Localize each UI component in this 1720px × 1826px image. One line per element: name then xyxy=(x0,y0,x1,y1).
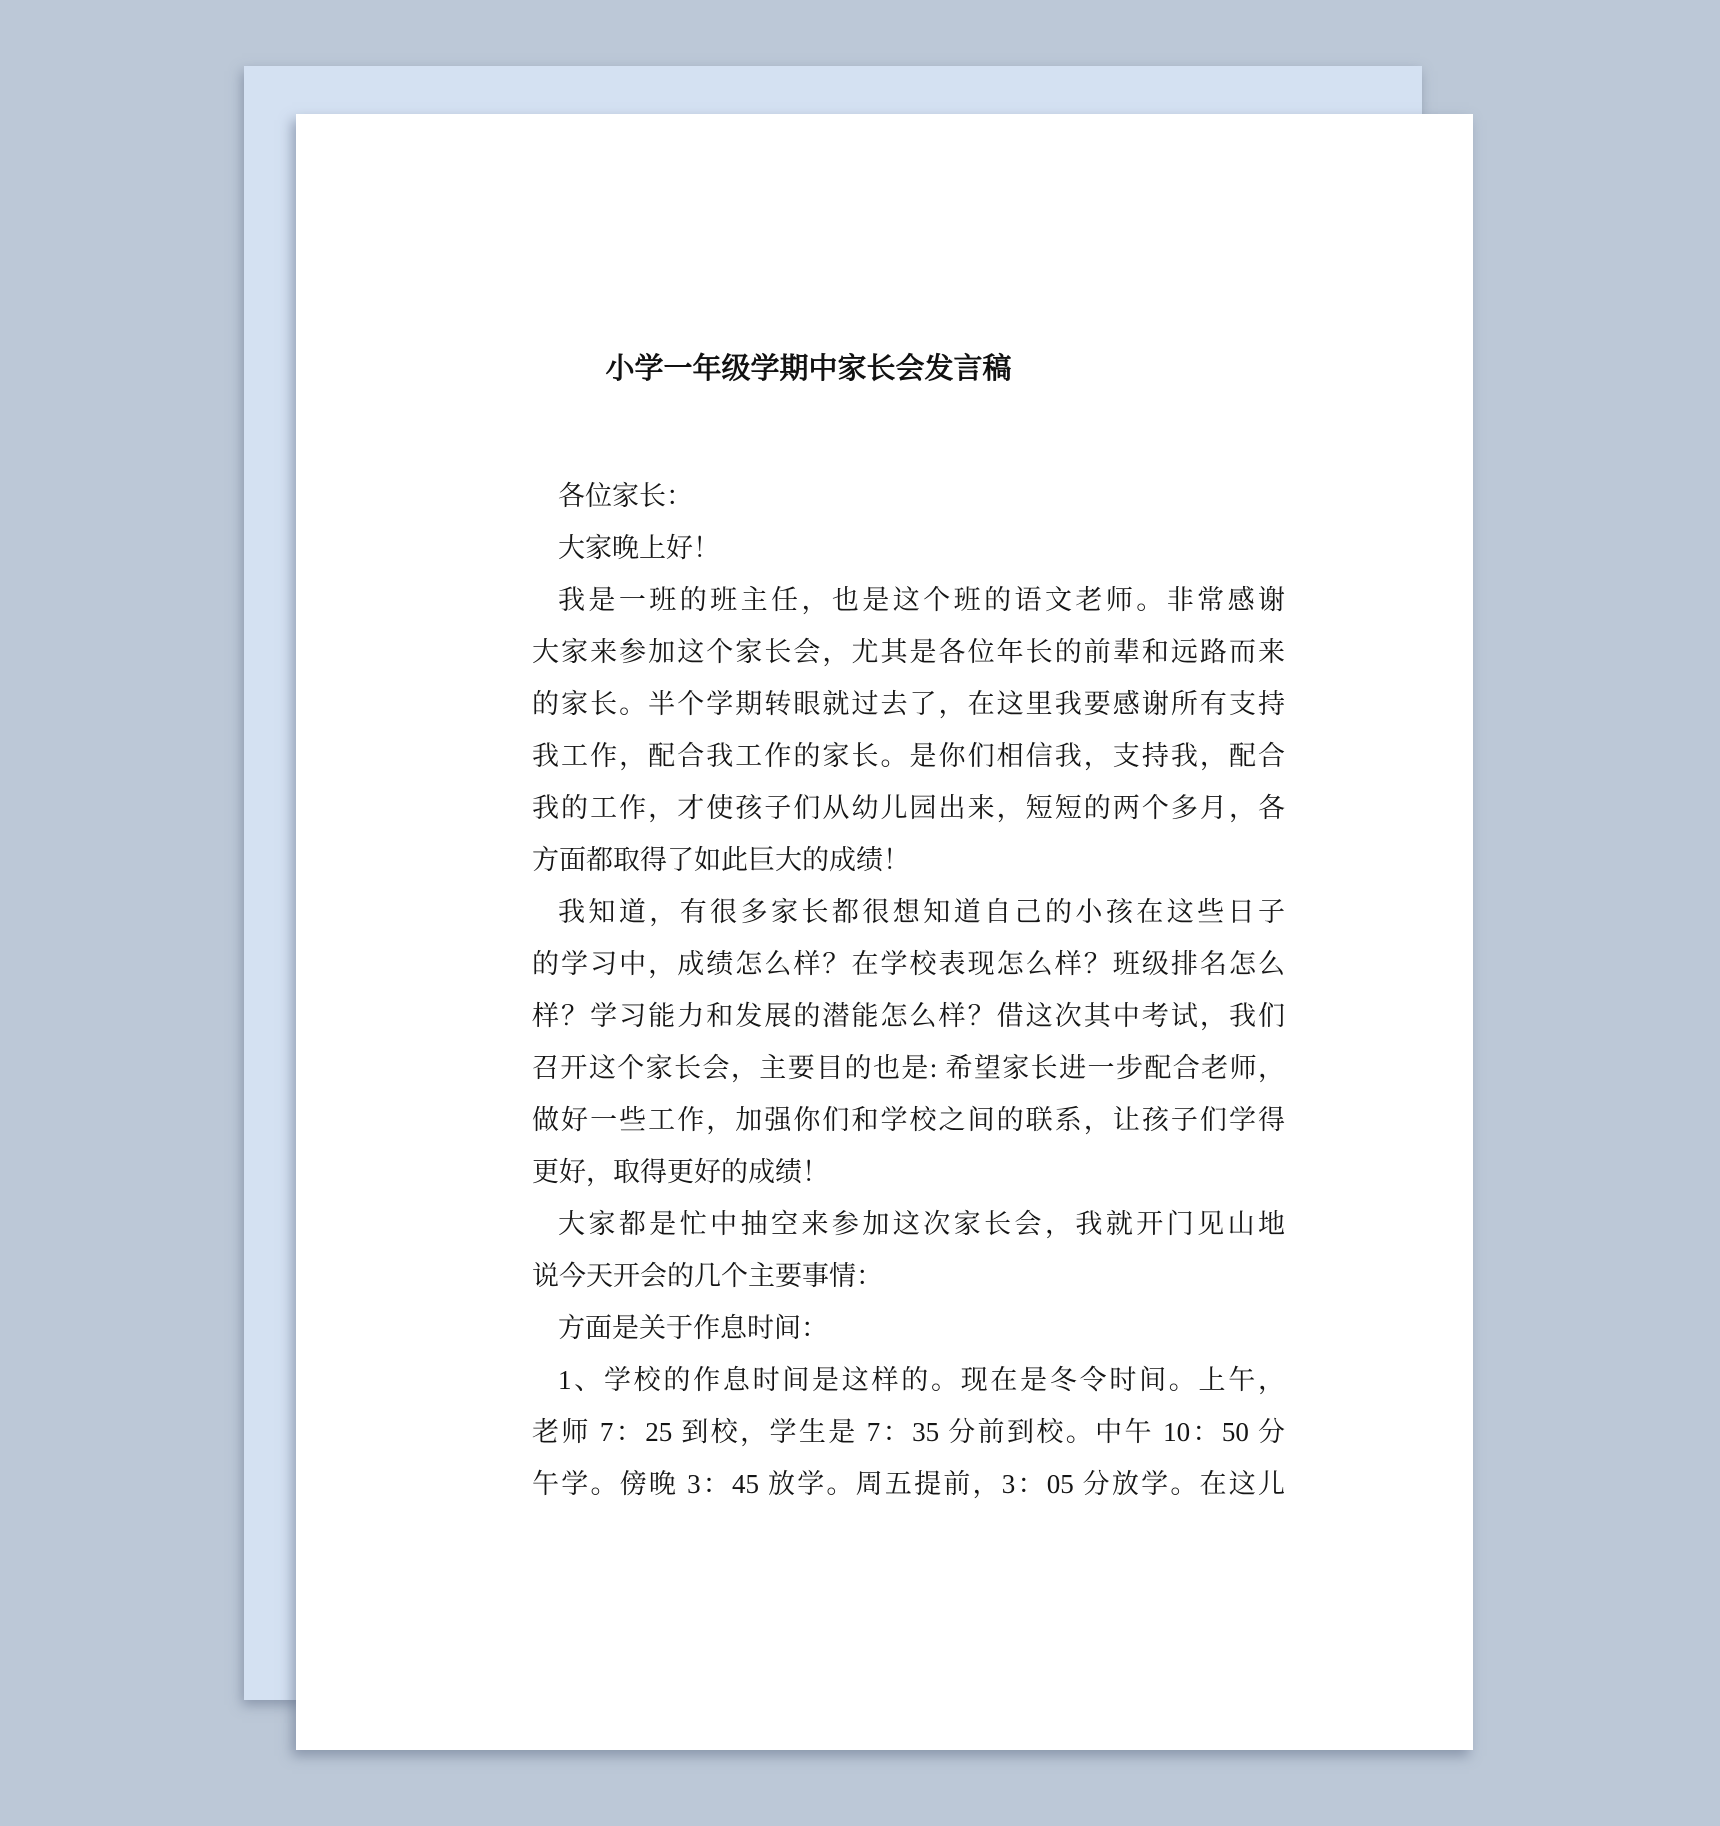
text-line: 的学习中，成绩怎么样？在学校表现怎么样？班级排名怎么 xyxy=(532,938,1285,990)
text-line: 1、学校的作息时间是这样的。现在是冬令时间。上午， xyxy=(532,1354,1285,1406)
text-line: 召开这个家长会，主要目的也是: 希望家长进一步配合老师， xyxy=(532,1042,1285,1094)
text-line: 方面是关于作息时间： xyxy=(532,1302,1285,1354)
text-line: 的家长。半个学期转眼就过去了，在这里我要感谢所有支持 xyxy=(532,678,1285,730)
paragraph: 大家都是忙中抽空来参加这次家长会，我就开门见山地说今天开会的几个主要事情： xyxy=(532,1198,1285,1302)
text-line: 更好，取得更好的成绩！ xyxy=(532,1146,1285,1198)
paragraph: 我知道，有很多家长都很想知道自己的小孩在这些日子的学习中，成绩怎么样？在学校表现… xyxy=(532,886,1285,1198)
paragraph: 1、学校的作息时间是这样的。现在是冬令时间。上午，老师 7：25 到校，学生是 … xyxy=(532,1354,1285,1510)
paragraph: 大家晚上好！ xyxy=(532,522,1285,574)
document-body: 各位家长：大家晚上好！我是一班的班主任，也是这个班的语文老师。非常感谢大家来参加… xyxy=(532,470,1285,1510)
text-line: 大家来参加这个家长会，尤其是各位年长的前辈和远路而来 xyxy=(532,626,1285,678)
text-line: 老师 7：25 到校，学生是 7：35 分前到校。中午 10：50 分 xyxy=(532,1406,1285,1458)
text-line: 说今天开会的几个主要事情： xyxy=(532,1250,1285,1302)
document-page: 小学一年级学期中家长会发言稿 各位家长：大家晚上好！我是一班的班主任，也是这个班… xyxy=(296,114,1473,1750)
text-line: 我的工作，才使孩子们从幼儿园出来，短短的两个多月，各 xyxy=(532,782,1285,834)
text-line: 各位家长： xyxy=(532,470,1285,522)
paragraph: 各位家长： xyxy=(532,470,1285,522)
text-line: 做好一些工作，加强你们和学校之间的联系，让孩子们学得 xyxy=(532,1094,1285,1146)
text-line: 大家都是忙中抽空来参加这次家长会，我就开门见山地 xyxy=(532,1198,1285,1250)
text-line: 我是一班的班主任，也是这个班的语文老师。非常感谢 xyxy=(532,574,1285,626)
desk-background: 小学一年级学期中家长会发言稿 各位家长：大家晚上好！我是一班的班主任，也是这个班… xyxy=(0,0,1720,1826)
text-line: 午学。傍晚 3：45 放学。周五提前，3：05 分放学。在这儿 xyxy=(532,1458,1285,1510)
text-line: 我工作，配合我工作的家长。是你们相信我，支持我，配合 xyxy=(532,730,1285,782)
document-title: 小学一年级学期中家长会发言稿 xyxy=(532,348,1285,390)
text-line: 我知道，有很多家长都很想知道自己的小孩在这些日子 xyxy=(532,886,1285,938)
text-line: 方面都取得了如此巨大的成绩！ xyxy=(532,834,1285,886)
paragraph: 我是一班的班主任，也是这个班的语文老师。非常感谢大家来参加这个家长会，尤其是各位… xyxy=(532,574,1285,886)
paragraph: 方面是关于作息时间： xyxy=(532,1302,1285,1354)
text-line: 样？学习能力和发展的潜能怎么样？借这次其中考试，我们 xyxy=(532,990,1285,1042)
text-line: 大家晚上好！ xyxy=(532,522,1285,574)
